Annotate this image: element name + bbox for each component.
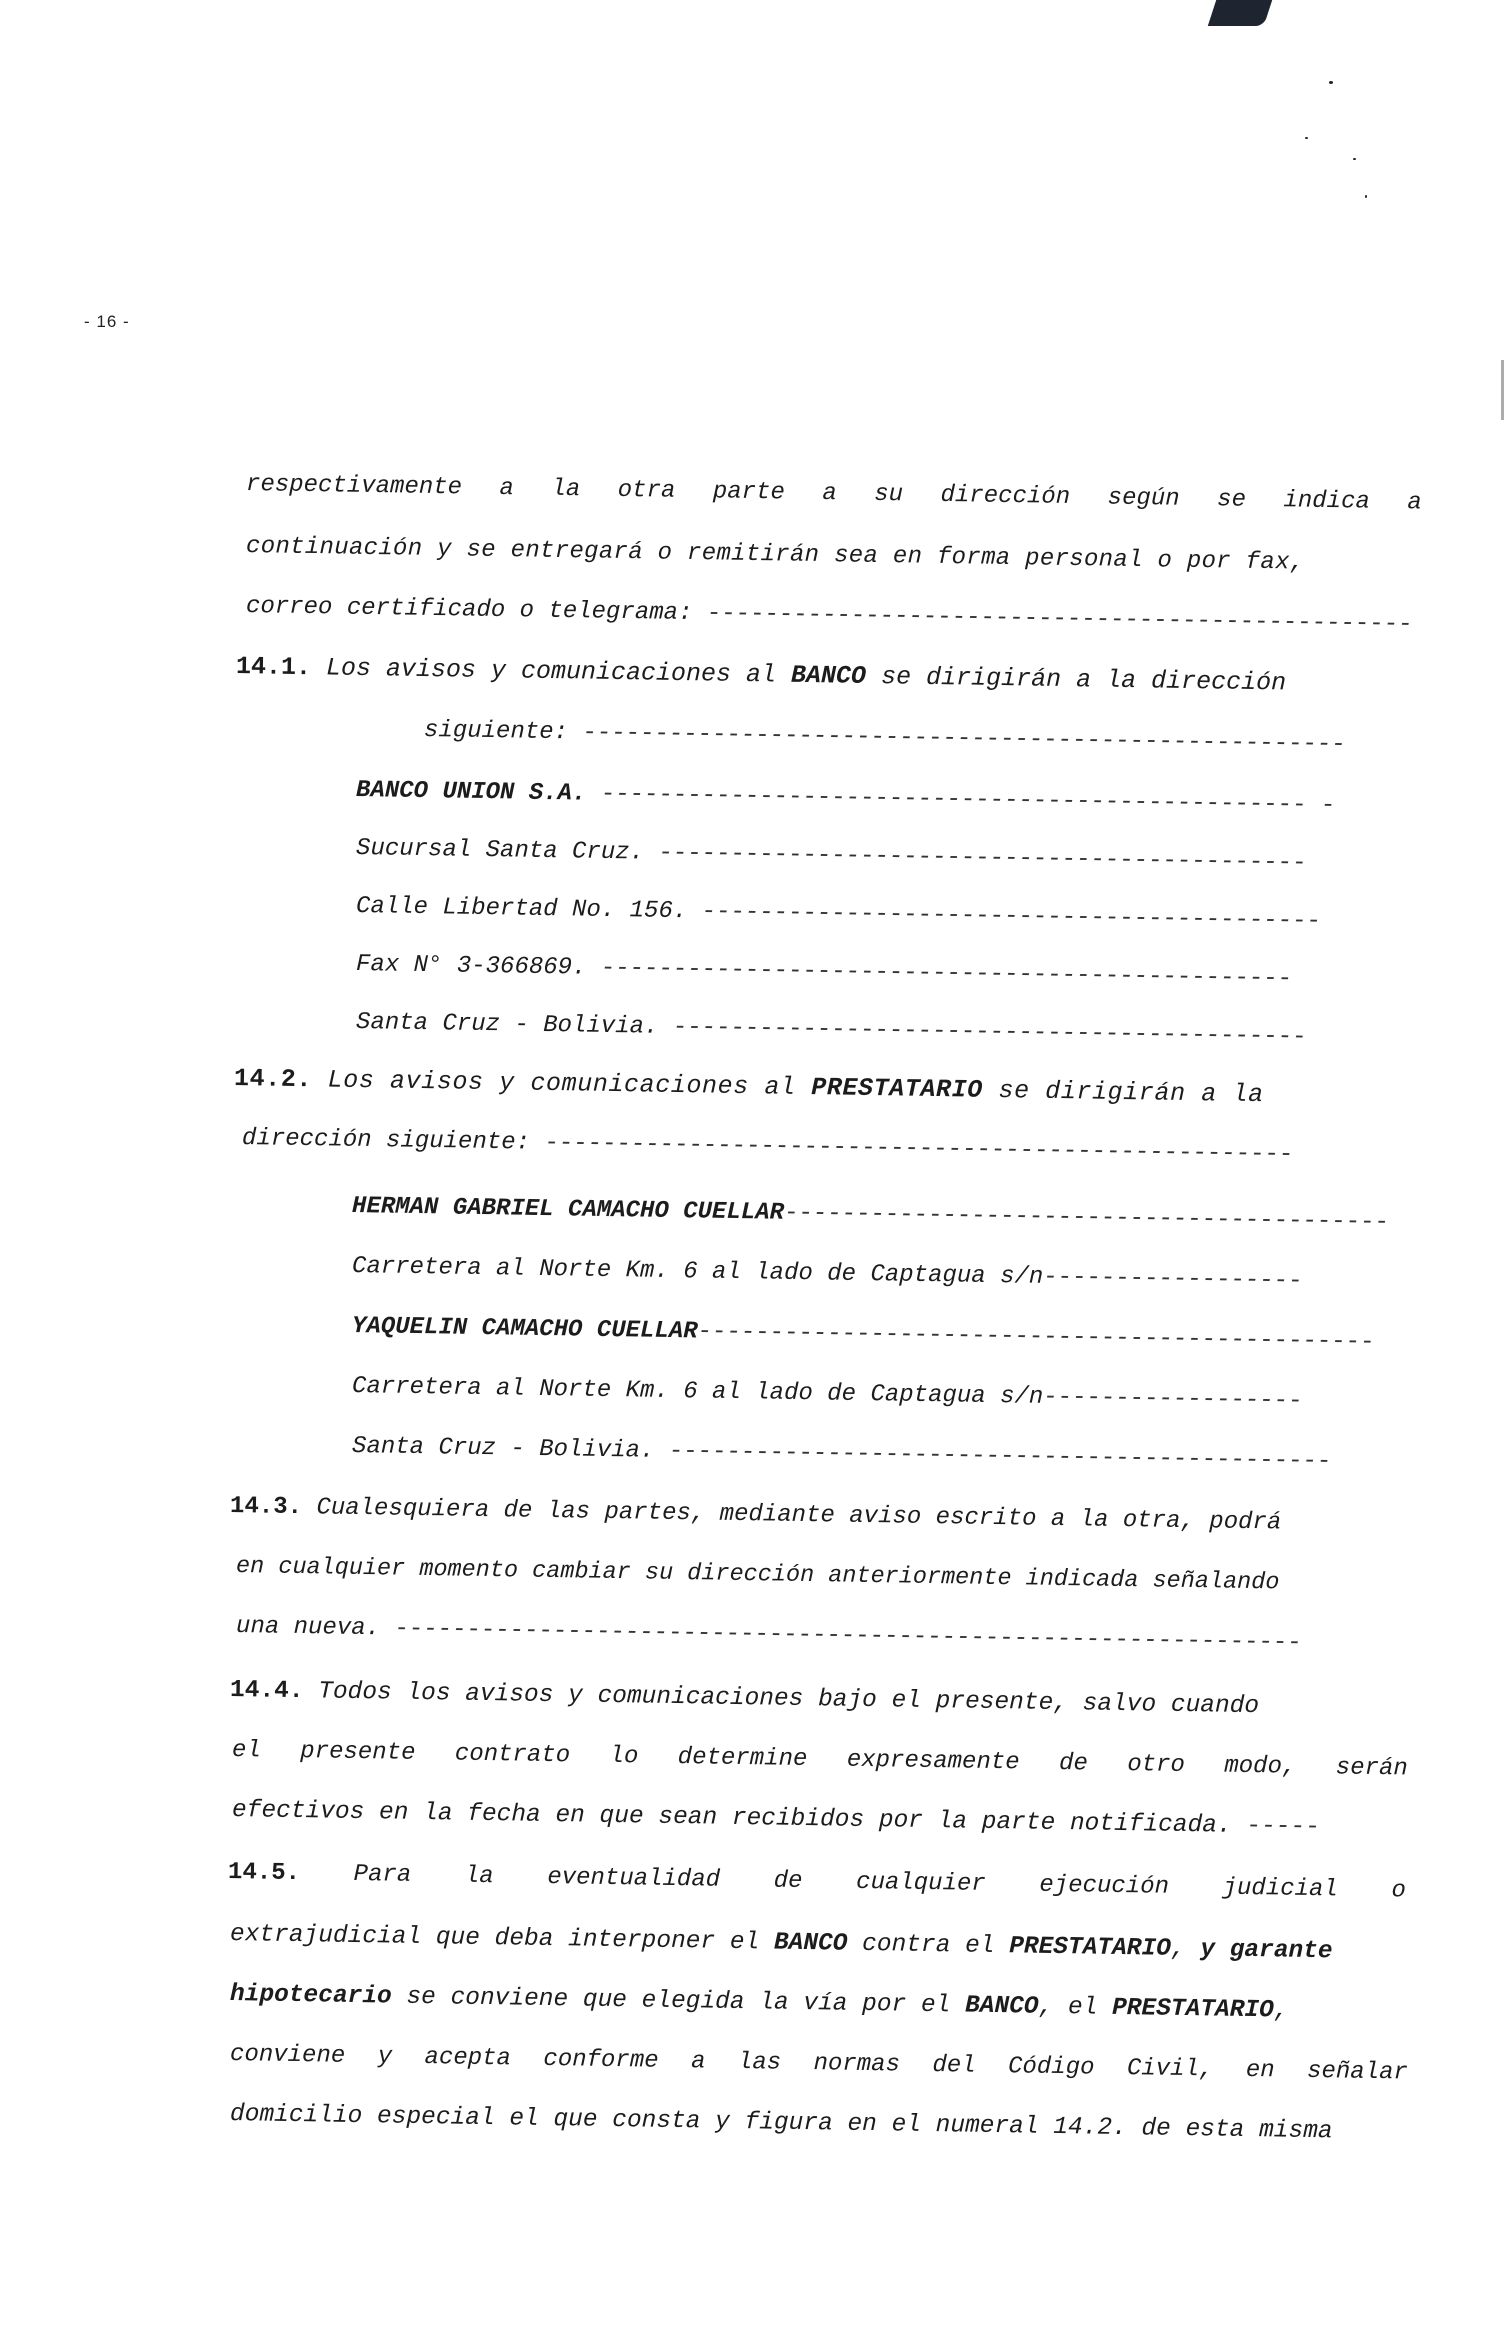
clause-14-5-line-1: 14.5. Para la eventualidad de cualquier … bbox=[228, 1858, 1406, 1906]
clause-14-4-line-1: 14.4. Todos los avisos y comunicaciones … bbox=[230, 1676, 1260, 1722]
line-text: Los avisos y comunicaciones al bbox=[311, 653, 791, 690]
word: cualquier bbox=[856, 1868, 986, 1900]
dash-filler: ----------------------------------------… bbox=[701, 898, 1321, 935]
word: la bbox=[465, 1862, 494, 1892]
word: de bbox=[1059, 1749, 1088, 1779]
word: lo bbox=[609, 1742, 638, 1772]
line-text: se conviene que elegida la vía por el bbox=[392, 1984, 966, 2020]
dash-filler: ----------------------------------------… bbox=[673, 1014, 1307, 1051]
word: parte bbox=[713, 477, 785, 508]
clause-14-4-line-2: el presente contrato lo determine expres… bbox=[232, 1736, 1408, 1784]
word: el bbox=[232, 1736, 261, 1766]
line-text: , el bbox=[1038, 1994, 1112, 2022]
clause-14-3-line-3: una nueva. -----------------------------… bbox=[236, 1612, 1302, 1659]
clause-14-4-line-3: efectivos en la fecha en que sean recibi… bbox=[232, 1796, 1320, 1843]
bold-term: PRESTATARIO bbox=[1009, 1933, 1171, 1963]
clause-14-5-line-2: extrajudicial que deba interponer el BAN… bbox=[230, 1920, 1333, 1967]
word: conviene bbox=[230, 2040, 346, 2072]
clause-14-1-line-1: 14.1. Los avisos y comunicaciones al BAN… bbox=[236, 652, 1287, 698]
line-text: , bbox=[1274, 1997, 1289, 2024]
word: Para bbox=[353, 1860, 411, 1891]
dash-filler: ----------------------------------------… bbox=[784, 1200, 1389, 1236]
clause-14-5-line-4: conviene y acepta conforme a las normas … bbox=[230, 2040, 1408, 2088]
word: según bbox=[1107, 484, 1179, 515]
intro-line-2: continuación y se entregará o remitirán … bbox=[246, 532, 1305, 579]
line-text: contra el bbox=[847, 1931, 1009, 1961]
borrower-address: Carretera al Norte Km. 6 al lado de Capt… bbox=[352, 1373, 1044, 1411]
word: Código bbox=[1008, 2052, 1095, 2083]
line-text: extrajudicial que deba interponer el bbox=[230, 1921, 774, 1957]
word: otra bbox=[617, 476, 675, 507]
word: de bbox=[773, 1867, 802, 1897]
word: a bbox=[499, 474, 514, 504]
bank-city-line: Santa Cruz - Bolivia. ------------------… bbox=[356, 1008, 1307, 1053]
borrower-name: HERMAN GABRIEL CAMACHO CUELLAR bbox=[352, 1193, 784, 1227]
word: modo, bbox=[1224, 1752, 1296, 1783]
dash-filler: ----------------------------------------… bbox=[544, 1130, 1293, 1169]
bank-street-line: Calle Libertad No. 156. ----------------… bbox=[356, 892, 1321, 937]
word: la bbox=[551, 475, 580, 505]
clause-number: 14.4. bbox=[230, 1677, 304, 1705]
dash-filler: ------------------ bbox=[1043, 1384, 1303, 1415]
word: conforme bbox=[543, 2045, 659, 2077]
word: normas bbox=[813, 2049, 900, 2080]
dash-filler: ----------------------------------------… bbox=[669, 1438, 1332, 1475]
scan-speck bbox=[1353, 158, 1356, 160]
line-text: correo certificado o telegrama: bbox=[246, 593, 693, 627]
clause-number: 14.2. bbox=[234, 1064, 312, 1094]
bold-term: BANCO bbox=[774, 1930, 848, 1958]
borrower-city-line: Santa Cruz - Bolivia. ------------------… bbox=[352, 1432, 1332, 1477]
bank-branch: Sucursal Santa Cruz. bbox=[356, 835, 644, 867]
bold-term: PRESTATARIO bbox=[811, 1073, 983, 1105]
bold-term: hipotecario bbox=[230, 1981, 392, 2011]
word: del bbox=[932, 2051, 976, 2082]
bank-name-line: BANCO UNION S.A. -----------------------… bbox=[356, 776, 1336, 821]
intro-line-3: correo certificado o telegrama: --------… bbox=[246, 592, 1413, 640]
dash-filler: ------------------ bbox=[1043, 1264, 1303, 1295]
bold-term: BANCO bbox=[965, 1993, 1039, 2021]
scan-speck bbox=[1365, 195, 1367, 198]
page-number: - 16 - bbox=[84, 312, 130, 332]
bank-city: Santa Cruz - Bolivia. bbox=[356, 1009, 659, 1041]
clause-14-5-line-3: hipotecario se conviene que elegida la v… bbox=[230, 1980, 1289, 2027]
clause-number: 14.1. bbox=[236, 652, 311, 682]
dash-filler: ----------------------------------------… bbox=[394, 1615, 1302, 1656]
word: otro bbox=[1127, 1750, 1185, 1781]
bold-term: BANCO bbox=[791, 661, 866, 691]
word: Civil, bbox=[1127, 2054, 1214, 2085]
line-text: se dirigirán a la bbox=[983, 1076, 1264, 1109]
dash-filler: ----------------------------------------… bbox=[582, 719, 1346, 758]
clause-14-3-line-2: en cualquier momento cambiar su direcció… bbox=[236, 1552, 1280, 1598]
bold-term: y garante bbox=[1200, 1936, 1333, 1965]
bank-fax: Fax N° 3-366869. bbox=[356, 951, 587, 982]
word: expresamente bbox=[847, 1746, 1020, 1779]
borrower-city: Santa Cruz - Bolivia. bbox=[352, 1433, 655, 1465]
intro-line-1: respectivamente a la otra parte a su dir… bbox=[246, 470, 1422, 518]
word: indica bbox=[1283, 486, 1370, 517]
borrower-address: Carretera al Norte Km. 6 al lado de Capt… bbox=[352, 1253, 1044, 1291]
word: a bbox=[1407, 488, 1422, 518]
borrower-1-address-line: Carretera al Norte Km. 6 al lado de Capt… bbox=[352, 1252, 1303, 1297]
word: en bbox=[1246, 2056, 1275, 2086]
word: respectivamente bbox=[246, 470, 462, 503]
borrower-2-address-line: Carretera al Norte Km. 6 al lado de Capt… bbox=[352, 1372, 1303, 1417]
clause-14-1-line-2: siguiente: -----------------------------… bbox=[424, 716, 1346, 760]
word: a bbox=[822, 479, 837, 509]
word: determine bbox=[678, 1743, 808, 1775]
word: serán bbox=[1336, 1753, 1408, 1784]
word: eventualidad bbox=[547, 1863, 720, 1896]
clause-number: 14.5. bbox=[228, 1858, 300, 1889]
dash-filler: ----------------------------------------… bbox=[658, 840, 1306, 877]
bank-branch-line: Sucursal Santa Cruz. -------------------… bbox=[356, 834, 1307, 879]
word: o bbox=[1391, 1876, 1406, 1906]
line-text: una nueva. bbox=[236, 1613, 380, 1642]
line-text: se dirigirán a la dirección bbox=[866, 662, 1286, 698]
word: judicial bbox=[1222, 1874, 1338, 1906]
line-text: dirección siguiente: bbox=[242, 1125, 530, 1157]
word: se bbox=[1217, 485, 1246, 515]
bank-street: Calle Libertad No. 156. bbox=[356, 893, 688, 925]
line-text: Todos los avisos y comunicaciones bajo e… bbox=[303, 1678, 1259, 1720]
word: acepta bbox=[424, 2043, 511, 2074]
scan-speck bbox=[1329, 81, 1333, 84]
bank-name: BANCO UNION S.A. bbox=[356, 777, 587, 808]
line-text: Cualesquiera de las partes, mediante avi… bbox=[302, 1494, 1282, 1536]
word: presente bbox=[300, 1737, 416, 1769]
borrower-name: YAQUELIN CAMACHO CUELLAR bbox=[352, 1313, 698, 1345]
dash-filler: ----------------------------------------… bbox=[601, 781, 1336, 820]
borrower-2-name-line: YAQUELIN CAMACHO CUELLAR----------------… bbox=[352, 1312, 1375, 1358]
word: y bbox=[377, 2042, 392, 2072]
dash-filler: ----- bbox=[1246, 1813, 1320, 1841]
dash-filler: ----------------------------------------… bbox=[697, 1318, 1374, 1356]
word: señalar bbox=[1307, 2057, 1408, 2089]
line-text: efectivos en la fecha en que sean recibi… bbox=[232, 1797, 1232, 1840]
clause-14-2-line-1: 14.2. Los avisos y comunicaciones al PRE… bbox=[234, 1064, 1264, 1110]
dash-filler: ----------------------------------------… bbox=[707, 600, 1413, 638]
clause-14-2-line-2: dirección siguiente: -------------------… bbox=[242, 1124, 1294, 1171]
line-text: Los avisos y comunicaciones al bbox=[312, 1065, 812, 1102]
dash-filler: ----------------------------------------… bbox=[601, 955, 1293, 993]
line-text: , bbox=[1171, 1936, 1201, 1963]
clause-number: 14.3. bbox=[230, 1493, 302, 1521]
word: su bbox=[874, 480, 903, 510]
line-text: siguiente: bbox=[424, 717, 568, 746]
borrower-1-name-line: HERMAN GABRIEL CAMACHO CUELLAR----------… bbox=[352, 1192, 1389, 1238]
scan-speck bbox=[1305, 137, 1308, 139]
word: contrato bbox=[455, 1740, 571, 1772]
bold-term: PRESTATARIO bbox=[1112, 1995, 1274, 2025]
word: las bbox=[738, 2048, 782, 2079]
bank-fax-line: Fax N° 3-366869. -----------------------… bbox=[356, 950, 1293, 995]
word: ejecución bbox=[1039, 1871, 1169, 1903]
scan-corner-mark bbox=[1208, 0, 1272, 26]
clause-14-3-line-1: 14.3. Cualesquiera de las partes, median… bbox=[230, 1492, 1282, 1539]
word: dirección bbox=[940, 481, 1070, 513]
word: a bbox=[691, 2047, 706, 2077]
clause-14-5-line-5: domicilio especial el que consta y figur… bbox=[230, 2100, 1333, 2147]
